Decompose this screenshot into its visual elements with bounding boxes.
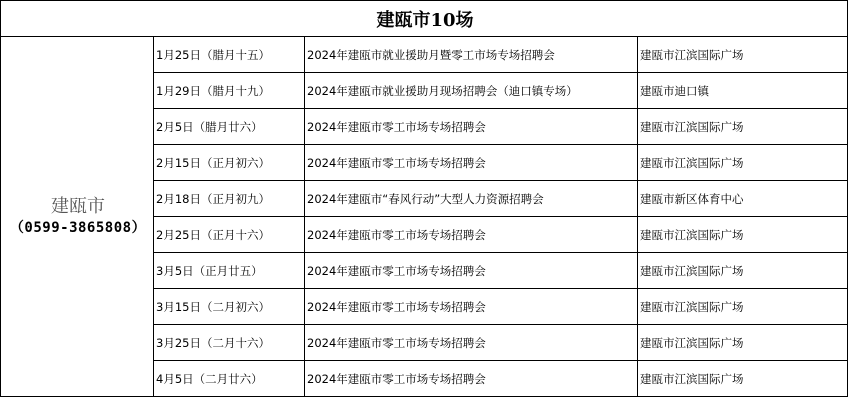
venue-cell: 建瓯市迪口镇 bbox=[638, 73, 848, 109]
venue-cell: 建瓯市新区体育中心 bbox=[638, 181, 848, 217]
date-cell: 3月25日（二月十六） bbox=[154, 325, 305, 361]
date-cell: 2月18日（正月初九） bbox=[154, 181, 305, 217]
event-cell: 2024年建瓯市零工市场专场招聘会 bbox=[305, 253, 638, 289]
venue-cell: 建瓯市江滨国际广场 bbox=[638, 289, 848, 325]
venue-cell: 建瓯市江滨国际广场 bbox=[638, 361, 848, 397]
city-name: 建瓯市 bbox=[3, 196, 153, 218]
event-cell: 2024年建瓯市“春风行动”大型人力资源招聘会 bbox=[305, 181, 638, 217]
date-cell: 1月25日（腊月十五） bbox=[154, 37, 305, 73]
venue-cell: 建瓯市江滨国际广场 bbox=[638, 217, 848, 253]
venue-cell: 建瓯市江滨国际广场 bbox=[638, 37, 848, 73]
city-phone: （0599-3865808） bbox=[3, 218, 153, 238]
venue-cell: 建瓯市江滨国际广场 bbox=[638, 325, 848, 361]
event-cell: 2024年建瓯市零工市场专场招聘会 bbox=[305, 217, 638, 253]
event-cell: 2024年建瓯市就业援助月暨零工市场专场招聘会 bbox=[305, 37, 638, 73]
date-cell: 3月15日（二月初六） bbox=[154, 289, 305, 325]
date-cell: 1月29日（腊月十九） bbox=[154, 73, 305, 109]
event-cell: 2024年建瓯市零工市场专场招聘会 bbox=[305, 145, 638, 181]
title-row: 建瓯市10场 bbox=[1, 1, 848, 37]
table-title: 建瓯市10场 bbox=[1, 1, 848, 37]
venue-cell: 建瓯市江滨国际广场 bbox=[638, 145, 848, 181]
venue-cell: 建瓯市江滨国际广场 bbox=[638, 109, 848, 145]
date-cell: 2月5日（腊月廿六） bbox=[154, 109, 305, 145]
date-cell: 4月5日（二月廿六） bbox=[154, 361, 305, 397]
event-cell: 2024年建瓯市就业援助月现场招聘会（迪口镇专场） bbox=[305, 73, 638, 109]
venue-cell: 建瓯市江滨国际广场 bbox=[638, 253, 848, 289]
event-cell: 2024年建瓯市零工市场专场招聘会 bbox=[305, 289, 638, 325]
date-cell: 2月15日（正月初六） bbox=[154, 145, 305, 181]
event-cell: 2024年建瓯市零工市场专场招聘会 bbox=[305, 325, 638, 361]
date-cell: 3月5日（正月廿五） bbox=[154, 253, 305, 289]
city-cell: 建瓯市 （0599-3865808） bbox=[1, 37, 154, 397]
job-fair-schedule-table: 建瓯市10场 建瓯市 （0599-3865808） 1月25日（腊月十五） 20… bbox=[0, 0, 848, 397]
event-cell: 2024年建瓯市零工市场专场招聘会 bbox=[305, 109, 638, 145]
event-cell: 2024年建瓯市零工市场专场招聘会 bbox=[305, 361, 638, 397]
date-cell: 2月25日（正月十六） bbox=[154, 217, 305, 253]
table-row: 建瓯市 （0599-3865808） 1月25日（腊月十五） 2024年建瓯市就… bbox=[1, 37, 848, 73]
